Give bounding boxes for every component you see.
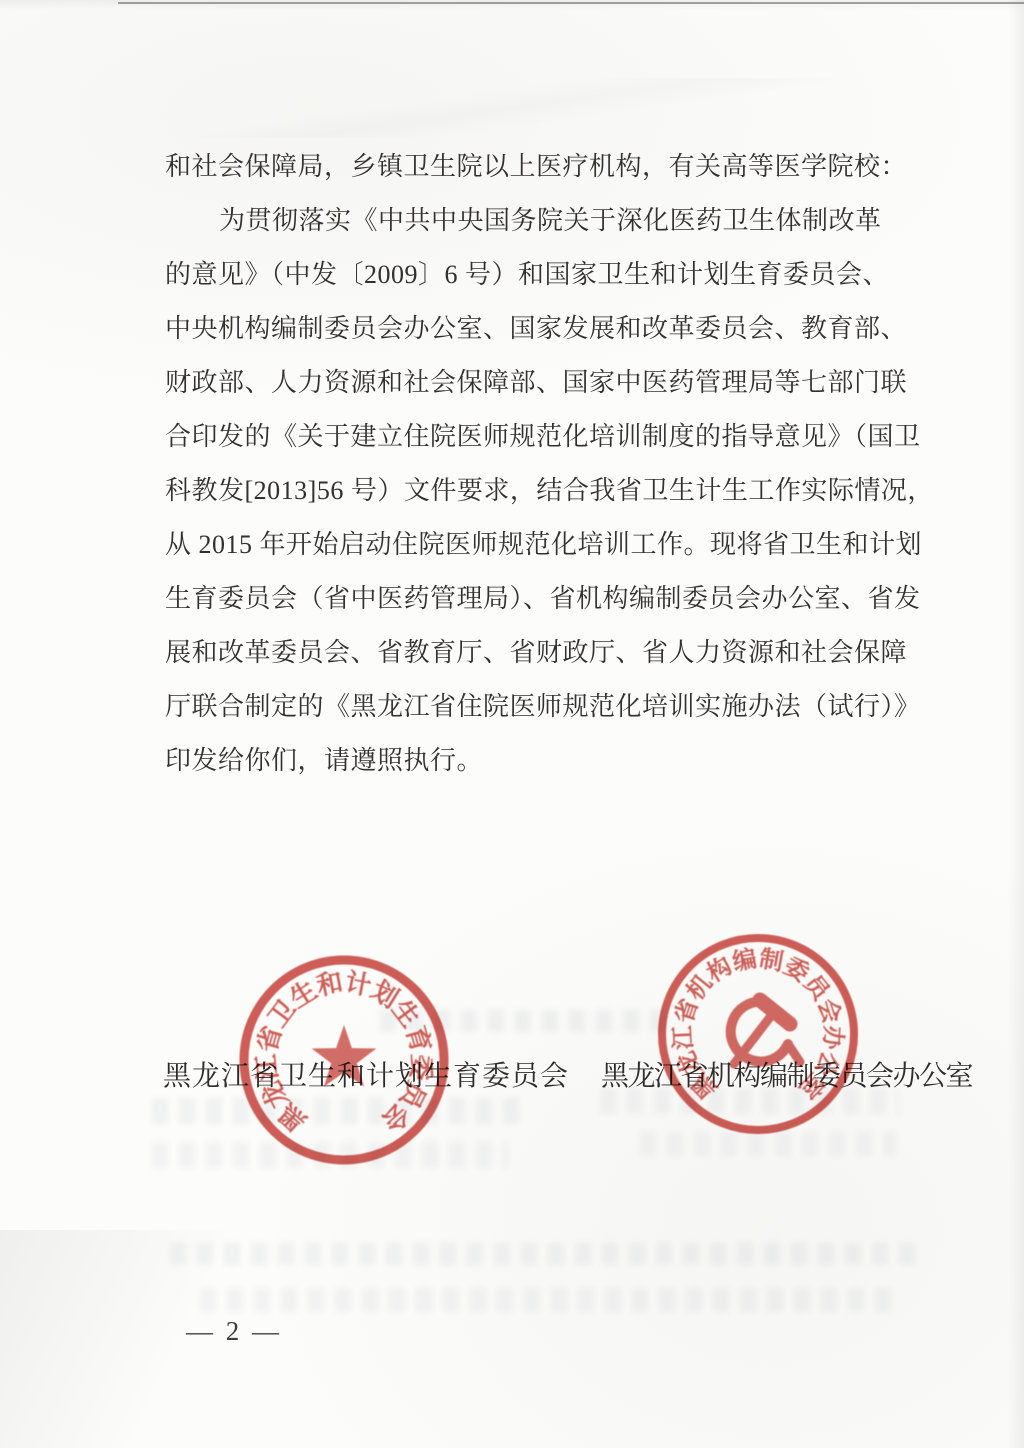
text-line: 财政部、人力资源和社会保障部、国家中医药管理局等七部门联 bbox=[165, 356, 980, 410]
text-line: 科教发[2013]56 号）文件要求，结合我省卫生计生工作实际情况， bbox=[165, 464, 980, 518]
svg-text:编: 编 bbox=[730, 944, 759, 976]
svg-text:江: 江 bbox=[252, 1053, 283, 1082]
svg-text:和: 和 bbox=[314, 968, 345, 1001]
text-line: 的意见》（中发〔2009〕6 号）和国家卫生和计划生育委员会、 bbox=[165, 248, 980, 302]
text-line: 印发给你们，请遵照执行。 bbox=[165, 734, 980, 788]
text-line: 从 2015 年开始启动住院医师规范化培训工作。现将省卫生和计划 bbox=[165, 518, 980, 572]
text-line: 生育委员会（省中医药管理局）、省机构编制委员会办公室、省发 bbox=[165, 572, 980, 626]
seal-ring-text: 黑龙江省机构编制委员会办公室 bbox=[669, 944, 846, 1103]
hammer-sickle-icon bbox=[731, 1000, 800, 1064]
text-line: 合印发的《关于建立住院医师规范化培训制度的指导意见》（国卫 bbox=[165, 410, 980, 464]
text-line: 厅联合制定的《黑龙江省住院医师规范化培训实施办法（试行）》 bbox=[165, 680, 980, 734]
star-icon bbox=[312, 1025, 377, 1087]
scanned-document-page: 和社会保障局，乡镇卫生院以上医疗机构，有关高等医学院校：为贯彻落实《中共中央国务… bbox=[0, 0, 1024, 1448]
page-number: — 2 — bbox=[186, 1316, 282, 1347]
bleed-through-smudge bbox=[170, 1243, 918, 1265]
svg-text:委: 委 bbox=[405, 1053, 436, 1082]
svg-text:办: 办 bbox=[818, 1025, 846, 1051]
text-line: 为贯彻落实《中共中央国务院关于深化医药卫生体制改革 bbox=[165, 194, 980, 248]
body-text: 和社会保障局，乡镇卫生院以上医疗机构，有关高等医学院校：为贯彻落实《中共中央国务… bbox=[165, 140, 980, 788]
official-seal-staffing-office: 黑龙江省机构编制委员会办公室 bbox=[638, 914, 878, 1154]
top-edge-shading bbox=[0, 0, 1024, 10]
text-line: 展和改革委员会、省教育厅、省财政厅、省人力资源和社会保障 bbox=[165, 626, 980, 680]
svg-text:江: 江 bbox=[669, 1024, 697, 1050]
text-line: 和社会保障局，乡镇卫生院以上医疗机构，有关高等医学院校： bbox=[165, 140, 980, 194]
right-edge-shading bbox=[1008, 0, 1024, 1448]
official-seal-health-commission: 黑龙江省卫生和计划生育委员会 bbox=[224, 940, 464, 1180]
text-line: 中央机构编制委员会办公室、国家发展和改革委员会、教育部、 bbox=[165, 302, 980, 356]
bleed-through-smudge bbox=[200, 1288, 900, 1312]
paper-crease bbox=[0, 78, 1024, 138]
